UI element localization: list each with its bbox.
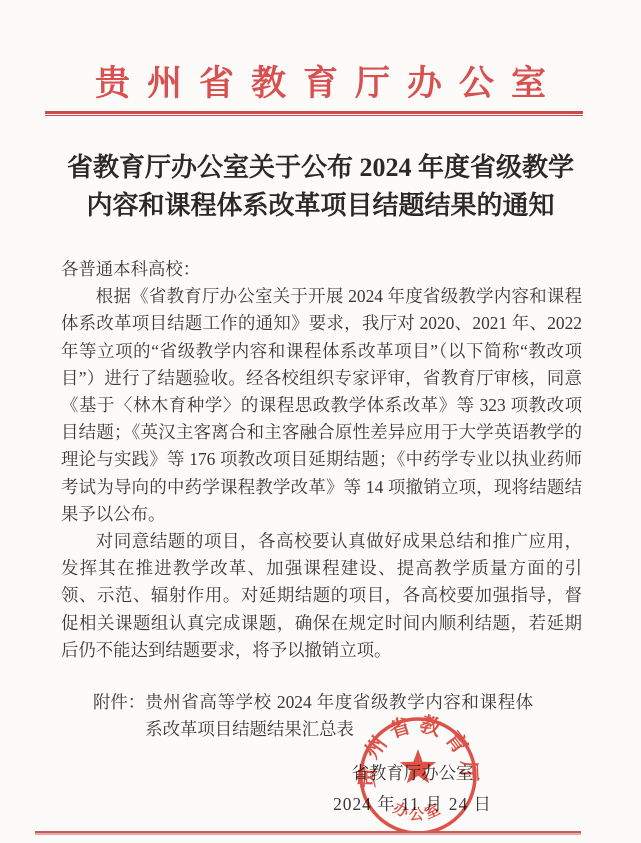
svg-text:办公室: 办公室 (391, 799, 446, 823)
body-paragraph-2: 对同意结题的项目，各高校要认真做好成果总结和推广应用，发挥其在推进教学改革、加强… (61, 528, 582, 664)
attachment-note: 附件： 贵州省高等学校 2024 年度省级教学内容和课程体系改革项目结题结果汇总… (61, 689, 582, 743)
salutation: 各普通本科高校： (61, 256, 582, 283)
body-paragraph-1: 根据《省教育厅办公室关于开展 2024 年度省级教学内容和课程体系改革项目结题工… (61, 283, 582, 528)
letterhead-divider (45, 111, 583, 116)
document-body: 各普通本科高校： 根据《省教育厅办公室关于开展 2024 年度省级教学内容和课程… (61, 256, 582, 743)
document-page: 贵州省教育厅办公室 省教育厅办公室关于公布 2024 年度省级教学 内容和课程体… (0, 0, 641, 843)
official-seal-stamp: 贵州省教育厅 办公室 (348, 706, 488, 843)
document-title-line1: 省教育厅办公室关于公布 2024 年度省级教学 (0, 149, 641, 187)
document-title: 省教育厅办公室关于公布 2024 年度省级教学 内容和课程体系改革项目结题结果的… (0, 149, 641, 225)
seal-bottom-text: 办公室 (391, 799, 446, 823)
seal-star-icon (400, 749, 436, 783)
footer-divider (35, 831, 581, 835)
letterhead-agency-name: 贵州省教育厅办公室 (0, 56, 641, 106)
letterhead-divider-thin-line (45, 115, 583, 116)
attachment-label: 附件： (93, 689, 145, 743)
document-title-line2: 内容和课程体系改革项目结题结果的通知 (0, 187, 641, 225)
